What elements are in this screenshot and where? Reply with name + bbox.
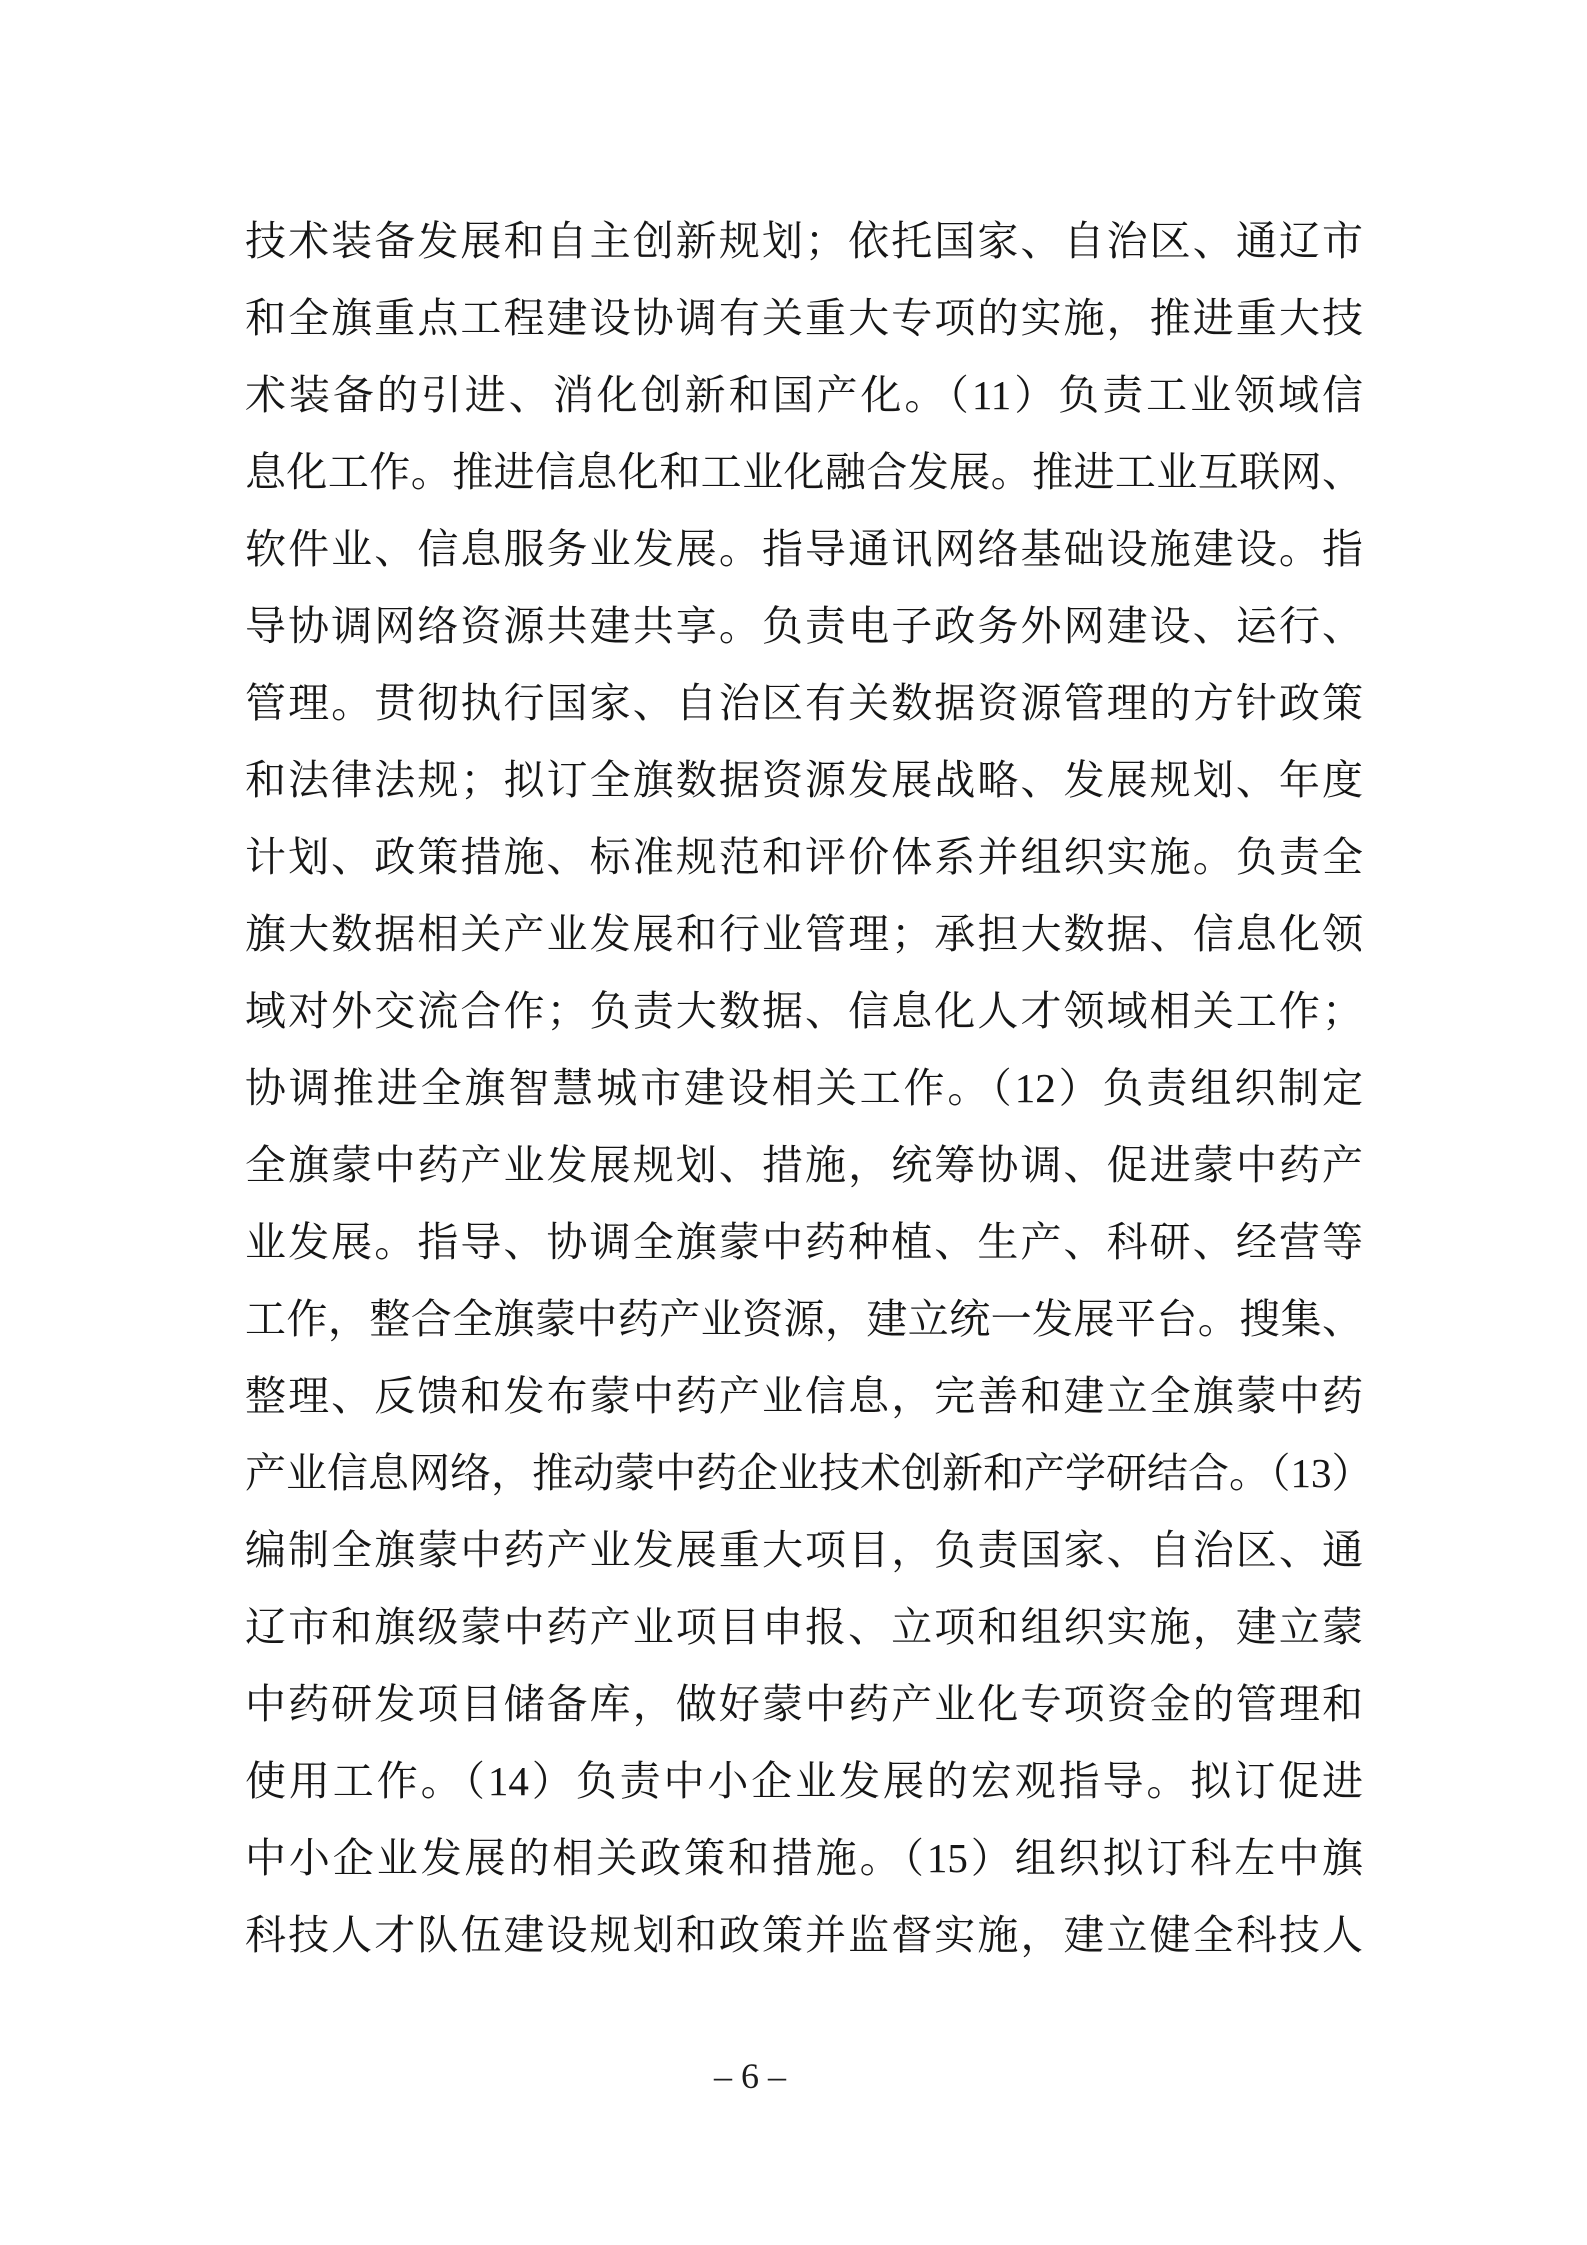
text-line: 科技人才队伍建设规划和政策并监督实施，建立健全科技人 <box>245 1897 1363 1974</box>
text-line: 使用工作。（14）负责中小企业发展的宏观指导。拟订促进 <box>245 1743 1363 1820</box>
text-line: 中药研发项目储备库，做好蒙中药产业化专项资金的管理和 <box>245 1666 1363 1743</box>
text-line: 中小企业发展的相关政策和措施。（15）组织拟订科左中旗 <box>245 1820 1363 1897</box>
text-line: 全旗蒙中药产业发展规划、措施，统筹协调、促进蒙中药产 <box>245 1127 1363 1204</box>
text-body: 技术装备发展和自主创新规划；依托国家、自治区、通辽市 和全旗重点工程建设协调有关… <box>245 203 1363 1974</box>
text-line: 和全旗重点工程建设协调有关重大专项的实施，推进重大技 <box>245 280 1363 357</box>
text-line: 旗大数据相关产业发展和行业管理；承担大数据、信息化领 <box>245 896 1363 973</box>
text-line: 计划、政策措施、标准规范和评价体系并组织实施。负责全 <box>245 819 1363 896</box>
text-line: 术装备的引进、消化创新和国产化。（11）负责工业领域信 <box>245 357 1363 434</box>
text-line: 协调推进全旗智慧城市建设相关工作。（12）负责组织制定 <box>245 1050 1363 1127</box>
text-line: 产业信息网络，推动蒙中药企业技术创新和产学研结合。（13） <box>245 1435 1363 1512</box>
text-line: 和法律法规；拟订全旗数据资源发展战略、发展规划、年度 <box>245 742 1363 819</box>
document-page: 技术装备发展和自主创新规划；依托国家、自治区、通辽市 和全旗重点工程建设协调有关… <box>0 0 1587 2245</box>
text-line: 管理。贯彻执行国家、自治区有关数据资源管理的方针政策 <box>245 665 1363 742</box>
text-line: 辽市和旗级蒙中药产业项目申报、立项和组织实施，建立蒙 <box>245 1589 1363 1666</box>
text-line: 软件业、信息服务业发展。指导通讯网络基础设施建设。指 <box>245 511 1363 588</box>
text-line: 导协调网络资源共建共享。负责电子政务外网建设、运行、 <box>245 588 1363 665</box>
text-line: 业发展。指导、协调全旗蒙中药种植、生产、科研、经营等 <box>245 1204 1363 1281</box>
text-line: 工作，整合全旗蒙中药产业资源，建立统一发展平台。搜集、 <box>245 1281 1363 1358</box>
text-line: 整理、反馈和发布蒙中药产业信息，完善和建立全旗蒙中药 <box>245 1358 1363 1435</box>
text-line: 息化工作。推进信息化和工业化融合发展。推进工业互联网、 <box>245 434 1363 511</box>
text-line: 技术装备发展和自主创新规划；依托国家、自治区、通辽市 <box>245 203 1363 280</box>
text-line: 域对外交流合作；负责大数据、信息化人才领域相关工作； <box>245 973 1363 1050</box>
text-line: 编制全旗蒙中药产业发展重大项目，负责国家、自治区、通 <box>245 1512 1363 1589</box>
page-number: – 6 – <box>150 2052 1350 2100</box>
